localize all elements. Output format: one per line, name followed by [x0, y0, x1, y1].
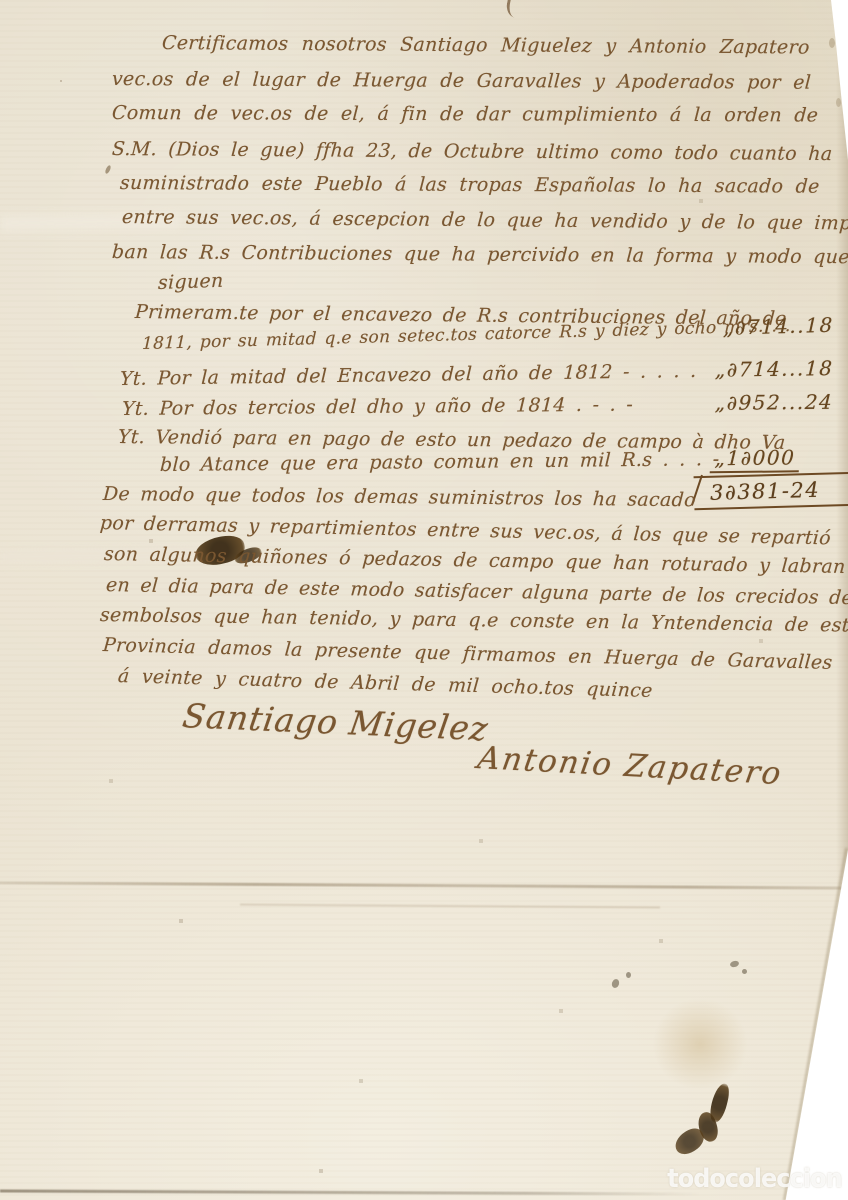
signature-antonio-zapatero: Antonio Zapatero [475, 740, 785, 792]
account-item-text: Yt. Por la mitad del Encavezo del año de… [120, 360, 697, 390]
account-item-line: Yt. Por la mitad del Encavezo del año de… [120, 358, 834, 390]
account-item-line: blo Atance que era pasto comun en un mil… [160, 447, 834, 476]
pen-stroke-top-edge [504, 0, 520, 18]
manuscript-line: vec.os de el lugar de Huerga de Garavall… [111, 68, 830, 94]
manuscript-line: entre sus vec.os, á escepcion de lo que … [121, 206, 830, 234]
ink-fleck [742, 969, 747, 974]
account-item-amount: „∂714...18 [715, 356, 834, 382]
pen-mark-left-margin [104, 165, 111, 175]
paper-sheet: Certificamos nosotros Santiago Miguelez … [0, 0, 848, 1200]
manuscript-line: De modo que todos los demas suministros … [102, 483, 696, 511]
ink-fleck [729, 960, 739, 968]
account-item-amount: „∂714..18 [723, 313, 834, 340]
scanned-document: Certificamos nosotros Santiago Miguelez … [0, 0, 848, 1200]
account-item-line: Yt. Por dos tercios del dho y año de 181… [122, 392, 834, 420]
account-item-amount: „∂952...24 [714, 390, 834, 415]
account-item-text: blo Atance que era pasto comun en un mil… [160, 448, 720, 476]
manuscript-line: siguen [158, 270, 224, 294]
manuscript-line: son algunos quiñones ó pedazos de campo … [103, 543, 833, 578]
signature-santiago-migelez: Santiago Migelez [180, 696, 491, 748]
todocoleccion-watermark: todocoleccion [667, 1164, 842, 1194]
manuscript-line: S.M. (Dios le gue) ffha 23, de Octubre u… [111, 138, 830, 165]
total-amount: 3∂381-24 [710, 478, 821, 505]
paper-specks [60, 80, 62, 82]
manuscript-line: suministrado este Pueblo á las tropas Es… [119, 172, 830, 198]
total-amount-box: 3∂381-24 [694, 472, 848, 511]
manuscript-line: Comun de vec.os de el, á fin de dar cump… [111, 102, 830, 127]
manuscript-line: Certificamos nosotros Santiago Miguelez … [161, 32, 830, 59]
manuscript-line: sembolsos que han tenido, y para q.e con… [99, 604, 833, 636]
account-item-text: Yt. Por dos tercios del dho y año de 181… [122, 394, 634, 420]
tan-stain [652, 998, 748, 1090]
ink-fleck [611, 978, 621, 989]
fold-crease-main [0, 881, 848, 889]
torn-edge-notch [829, 38, 835, 48]
account-item-amount: „1∂000 [710, 445, 800, 473]
fold-crease-secondary [240, 904, 660, 909]
paper-bottom-edge-shadow [0, 1189, 700, 1195]
ink-fleck [626, 972, 631, 978]
torn-edge-notch [836, 98, 841, 107]
manuscript-line: ban las R.s Contribuciones que ha perciv… [111, 241, 830, 268]
manuscript-line: en el dia para de este modo satisfacer a… [105, 574, 833, 609]
